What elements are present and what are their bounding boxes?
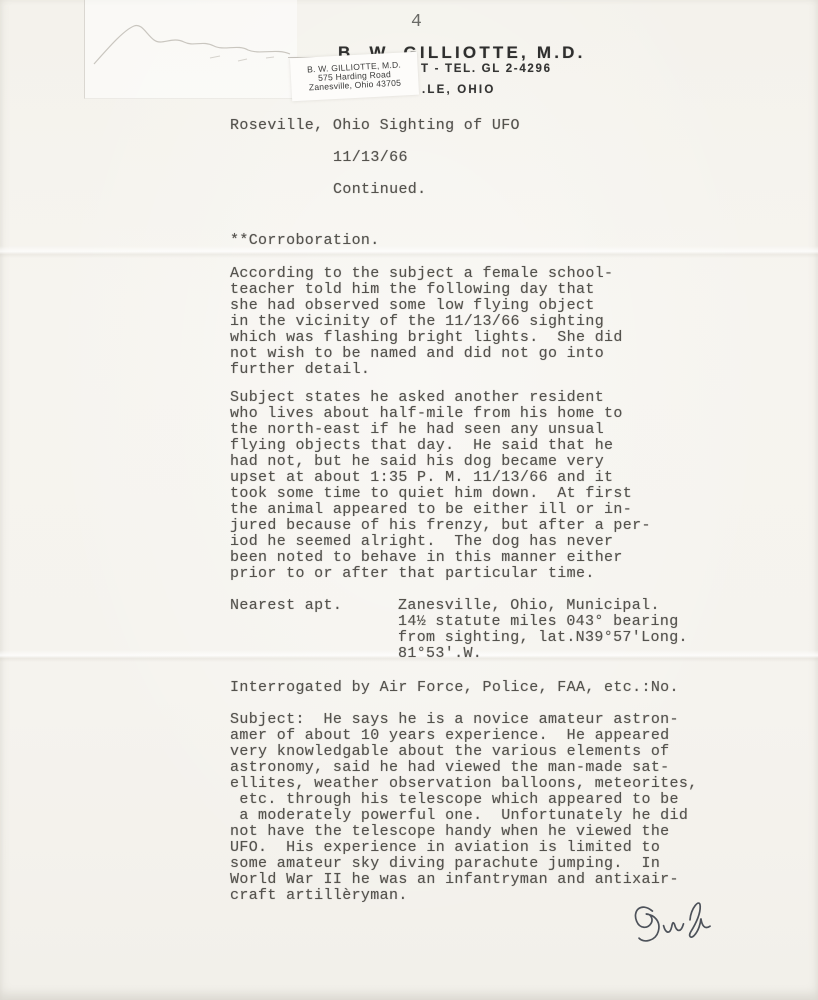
typed-line: very knowledgable about the various elem… (230, 744, 698, 760)
typed-line: in the vicinity of the 11/13/66 sighting (230, 314, 623, 330)
typed-line: flying objects that day. He said that he (230, 438, 651, 454)
typed-line: ellites, weather observation balloons, m… (230, 776, 698, 792)
typed-line: prior to or after that particular time. (230, 566, 651, 582)
typed-line: iod he seemed alright. The dog has never (230, 534, 651, 550)
sticker-city-line: Zanesville, Ohio 43705 (309, 79, 402, 93)
letterhead-tel-fragment: T - TEL. GL 2-4296 (421, 63, 552, 75)
typed-line: the animal appeared to be either ill or … (230, 502, 651, 518)
typed-line: not wish to be named and did not go into (230, 346, 623, 362)
typed-line: teacher told him the following day that (230, 282, 623, 298)
typed-line: amer of about 10 years experience. He ap… (230, 728, 698, 744)
typed-line: not have the telescope handy when he vie… (230, 824, 698, 840)
typed-line: According to the subject a female school… (230, 266, 623, 282)
typed-line: jured because of his frenzy, but after a… (230, 518, 651, 534)
typed-line: who lives about half-mile from his home … (230, 406, 651, 422)
letterhead-city-fragment: .LE, OHIO (422, 84, 495, 96)
typed-line: etc. through his telescope which appeare… (230, 792, 698, 808)
handwritten-initials-bwg (626, 884, 724, 958)
paragraph-subject-background: Subject: He says he is a novice amateur … (230, 712, 698, 904)
typed-line: astronomy, said he had viewed the man-ma… (230, 760, 698, 776)
address-sticker: B. W. GILLIOTTE, M.D. 575 Harding Road Z… (290, 52, 419, 102)
typed-line: she had observed some low flying object (230, 298, 623, 314)
typed-line: a moderately powerful one. Unfortunately… (230, 808, 698, 824)
scanned-letter-page: 4 B. W. GILLIOTTE, M.D. T - TEL. GL 2-42… (0, 0, 818, 1000)
typed-line: some amateur sky diving parachute jumpin… (230, 856, 698, 872)
typed-line: World War II he was an infantryman and a… (230, 872, 698, 888)
interrogated-line: Interrogated by Air Force, Police, FAA, … (230, 680, 679, 696)
typed-line: UFO. His experience in aviation is limit… (230, 840, 698, 856)
typed-line: 14½ statute miles 043° bearing (398, 614, 688, 630)
page-number: 4 (411, 12, 423, 32)
nearest-airport-label: Nearest apt. (230, 598, 342, 614)
typed-line: the north-east if he had seen any unsual (230, 422, 651, 438)
typed-line: Subject states he asked another resident (230, 390, 651, 406)
typed-line: 81°53'.W. (398, 646, 688, 662)
section-heading-corroboration: **Corroboration. (230, 233, 380, 249)
continued-label: Continued. (333, 182, 427, 198)
typed-line: Subject: He says he is a novice amateur … (230, 712, 698, 728)
typed-line: had not, but he said his dog became very (230, 454, 651, 470)
typed-line: which was flashing bright lights. She di… (230, 330, 623, 346)
typed-line: been noted to behave in this manner eith… (230, 550, 651, 566)
report-title: Roseville, Ohio Sighting of UFO (230, 118, 520, 134)
paragraph-resident-dog: Subject states he asked another resident… (230, 390, 651, 582)
paragraph-schoolteacher: According to the subject a female school… (230, 266, 623, 378)
report-date: 11/13/66 (333, 150, 408, 166)
typed-line: upset at about 1:35 P. M. 11/13/66 and i… (230, 470, 651, 486)
typed-line: Zanesville, Ohio, Municipal. (398, 598, 688, 614)
fold-crease-top (0, 246, 818, 258)
nearest-airport-value: Zanesville, Ohio, Municipal.14½ statute … (398, 598, 688, 662)
typed-line: took some time to quiet him down. At fir… (230, 486, 651, 502)
typed-line: further detail. (230, 362, 623, 378)
typed-line: from sighting, lat.N39°57'Long. (398, 630, 688, 646)
